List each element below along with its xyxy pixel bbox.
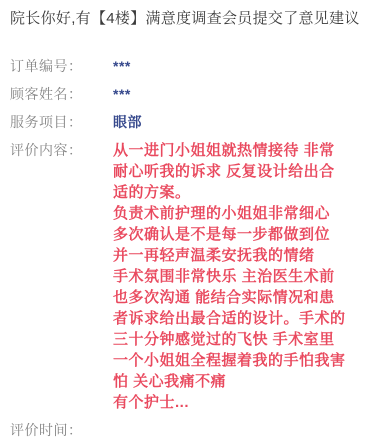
customer-name-label: 顾客姓名： [10,84,113,105]
review-time-label: 评价时间： [10,420,113,441]
review-content-label: 评价内容： [10,140,113,161]
field-row-order-number: 订单编号： *** [10,56,361,77]
order-number-label: 订单编号： [10,56,113,77]
review-content-text: 从一进门小姐姐就热情接待 非常耐心听我的诉求 反复设计给出合适的方案。 负责术前… [113,140,350,413]
message-header-text: 院长你好,有【4楼】满意度调查会员提交了意见建议 [10,8,361,30]
service-item-value: 眼部 [113,112,142,133]
survey-feedback-message-card: 院长你好,有【4楼】满意度调查会员提交了意见建议 订单编号： *** 顾客姓名：… [0,0,371,443]
field-row-review-content: 评价内容： 从一进门小姐姐就热情接待 非常耐心听我的诉求 反复设计给出合适的方案… [10,140,361,413]
customer-name-value: *** [113,84,131,105]
field-row-review-time: 评价时间： [10,420,361,441]
order-number-value: *** [113,56,131,77]
service-item-label: 服务项目： [10,112,113,133]
field-row-customer-name: 顾客姓名： *** [10,84,361,105]
field-row-service-item: 服务项目： 眼部 [10,112,361,133]
